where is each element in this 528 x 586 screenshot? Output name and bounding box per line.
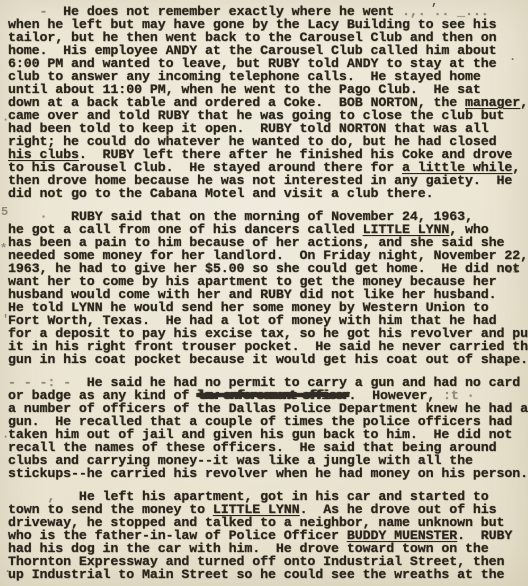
scan-artifact: · [2,430,9,444]
text-segment: stickups--he carried his revolver when h… [8,466,528,481]
faded-mark: .,. .. _... [402,4,489,19]
faded-mark: - [40,4,48,19]
text-segment: did not go to the Cabana Motel and visit… [8,186,434,201]
document-page: - He does not remember exactly where he … [0,0,528,586]
text-line: stickups--he carried his revolver when h… [8,467,528,480]
faded-mark: - - -: - [8,375,71,390]
faded-mark: · [40,209,48,224]
paragraph: - - -: - He said he had no permit to car… [8,376,528,480]
paragraph: , He left his apartment, got in his car … [8,490,528,581]
scan-artifact: · [2,113,9,127]
text-line: gun in his coat pocket because it would … [8,353,528,366]
text-segment: , [512,160,520,175]
paragraph: · RUBY said that on the morning of Novem… [8,210,528,366]
text-line: did not go to the Cabana Motel and visit… [8,187,528,200]
faded-mark: :t · [435,388,474,403]
document-content: - He does not remember exactly where he … [8,5,528,586]
scan-artifact: , [431,0,438,9]
scan-artifact: 5 [1,205,8,219]
faded-mark: , [47,489,55,504]
scan-artifact: . [333,578,340,586]
scan-artifact: . [4,562,11,576]
struck-out-text: law enforcement officer [197,388,348,403]
scan-artifact: ' [2,313,9,327]
text-segment: gun in his coat pocket because it would … [8,352,528,367]
text-line: up Industrial to Main Street so he could… [8,568,528,581]
scan-artifact: . [509,50,516,64]
text-segment: up Industrial to Main Street so he could… [8,567,504,582]
scan-artifact: * [0,242,7,256]
scan-artifact: ts [505,263,519,277]
text-segment: , [520,95,528,110]
paragraph: - He does not remember exactly where he … [8,5,528,200]
